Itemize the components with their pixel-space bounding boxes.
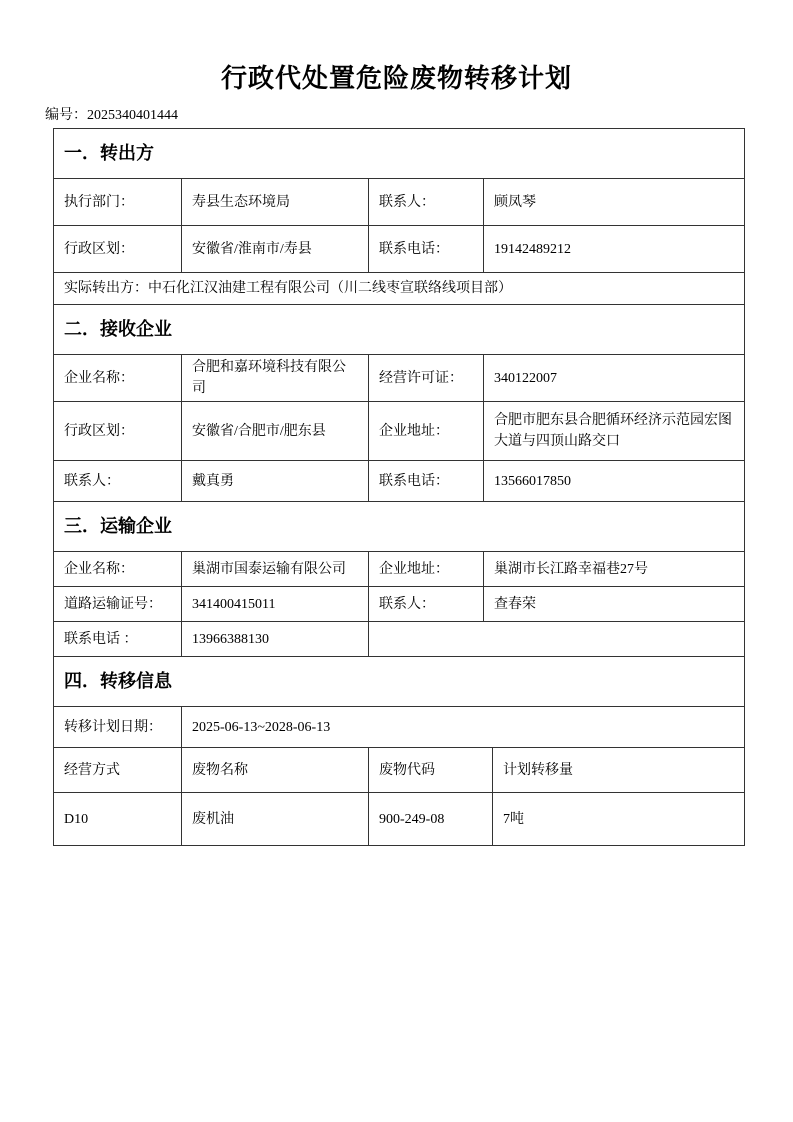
- label-contact-phone-1: 联系电话：: [369, 226, 484, 273]
- doc-number-label: 编号：: [45, 108, 87, 123]
- section-transfer-info-heading-row: 四．转移信息: [54, 657, 745, 707]
- label-admin-region-1: 行政区划：: [54, 226, 182, 273]
- actual-transferor-cell: 实际转出方：中石化江汉油建工程有限公司（川二线枣宣联络线项目部）: [54, 273, 745, 305]
- value-road-transport-permit: 341400415011: [182, 587, 369, 622]
- section-heading-transporter: 三．运输企业: [54, 502, 745, 552]
- table-row: 行政区划： 安徽省/合肥市/肥东县 企业地址： 合肥市肥东县合肥循环经济示范园宏…: [54, 402, 745, 461]
- table-row: 转移计划日期： 2025-06-13~2028-06-13: [54, 707, 745, 748]
- label-road-transport-permit: 道路运输证号：: [54, 587, 182, 622]
- label-admin-region-2: 行政区划：: [54, 402, 182, 461]
- column-header-waste-name: 废物名称: [182, 748, 369, 793]
- label-transport-company: 企业名称：: [54, 552, 182, 587]
- value-contact-phone-1: 19142489212: [484, 226, 745, 273]
- section-heading-transferor: 一．转出方: [54, 129, 745, 179]
- value-admin-region-1: 安徽省/淮南市/寿县: [182, 226, 369, 273]
- label-contact-phone-2: 联系电话：: [369, 461, 484, 502]
- section-transferor-heading-row: 一．转出方: [54, 129, 745, 179]
- table-row: 联系人： 戴真勇 联系电话： 13566017850: [54, 461, 745, 502]
- section-transporter-heading-row: 三．运输企业: [54, 502, 745, 552]
- table-row: 行政区划： 安徽省/淮南市/寿县 联系电话： 19142489212: [54, 226, 745, 273]
- label-transport-address: 企业地址：: [369, 552, 484, 587]
- label-transfer-plan-date: 转移计划日期：: [54, 707, 182, 748]
- value-disposal-method: D10: [54, 793, 182, 846]
- value-admin-region-2: 安徽省/合肥市/肥东县: [182, 402, 369, 461]
- label-business-license: 经营许可证：: [369, 355, 484, 402]
- document-page: 行政代处置危险废物转移计划 编号：2025340401444 一．转出方 执行部…: [0, 0, 793, 1122]
- value-receiver-company: 合肥和嘉环境科技有限公司: [182, 355, 369, 402]
- value-planned-quantity: 7吨: [493, 793, 745, 846]
- value-waste-name: 废机油: [182, 793, 369, 846]
- label-actual-transferor: 实际转出方：: [64, 281, 148, 296]
- value-exec-department: 寿县生态环境局: [182, 179, 369, 226]
- form-table-section-4: 四．转移信息 转移计划日期： 2025-06-13~2028-06-13 经营方…: [53, 656, 745, 846]
- page-title: 行政代处置危险废物转移计划: [0, 0, 793, 95]
- label-contact-person-1: 联系人：: [369, 179, 484, 226]
- label-exec-department: 执行部门：: [54, 179, 182, 226]
- section-receiver-heading-row: 二．接收企业: [54, 305, 745, 355]
- column-header-waste-code: 废物代码: [369, 748, 493, 793]
- value-receiver-address: 合肥市肥东县合肥循环经济示范园宏图大道与四顶山路交口: [484, 402, 745, 461]
- label-contact-person-3: 联系人：: [369, 587, 484, 622]
- value-contact-person-3: 查春荣: [484, 587, 745, 622]
- value-contact-person-2: 戴真勇: [182, 461, 369, 502]
- table-row: 联系电话 ： 13966388130: [54, 622, 745, 657]
- section-heading-receiver: 二．接收企业: [54, 305, 745, 355]
- table-row: 企业名称： 合肥和嘉环境科技有限公司 经营许可证： 340122007: [54, 355, 745, 402]
- value-business-license: 340122007: [484, 355, 745, 402]
- waste-table-data-row: D10 废机油 900-249-08 7吨: [54, 793, 745, 846]
- label-receiver-address: 企业地址：: [369, 402, 484, 461]
- value-contact-person-1: 顾凤琴: [484, 179, 745, 226]
- value-contact-phone-3: 13966388130: [182, 622, 369, 657]
- value-transport-address: 巢湖市长江路幸福巷27号: [484, 552, 745, 587]
- table-row: 实际转出方：中石化江汉油建工程有限公司（川二线枣宣联络线项目部）: [54, 273, 745, 305]
- value-contact-phone-2: 13566017850: [484, 461, 745, 502]
- doc-number-value: 2025340401444: [87, 108, 178, 123]
- column-header-planned-quantity: 计划转移量: [493, 748, 745, 793]
- table-row: 企业名称： 巢湖市国泰运输有限公司 企业地址： 巢湖市长江路幸福巷27号: [54, 552, 745, 587]
- value-waste-code: 900-249-08: [369, 793, 493, 846]
- form-table-sections-1-3: 一．转出方 执行部门： 寿县生态环境局 联系人： 顾凤琴 行政区划： 安徽省/淮…: [53, 128, 745, 657]
- doc-number-line: 编号：2025340401444: [45, 104, 793, 124]
- column-header-disposal-method: 经营方式: [54, 748, 182, 793]
- table-row: 道路运输证号： 341400415011 联系人： 查春荣: [54, 587, 745, 622]
- value-actual-transferor: 中石化江汉油建工程有限公司（川二线枣宣联络线项目部）: [148, 281, 512, 296]
- table-row: 执行部门： 寿县生态环境局 联系人： 顾凤琴: [54, 179, 745, 226]
- value-transport-company: 巢湖市国泰运输有限公司: [182, 552, 369, 587]
- label-receiver-company: 企业名称：: [54, 355, 182, 402]
- label-contact-person-2: 联系人：: [54, 461, 182, 502]
- label-contact-phone-3: 联系电话 ：: [54, 622, 182, 657]
- waste-table-header-row: 经营方式 废物名称 废物代码 计划转移量: [54, 748, 745, 793]
- section-heading-transfer-info: 四．转移信息: [54, 657, 745, 707]
- empty-cell: [369, 622, 745, 657]
- value-transfer-plan-date: 2025-06-13~2028-06-13: [182, 707, 745, 748]
